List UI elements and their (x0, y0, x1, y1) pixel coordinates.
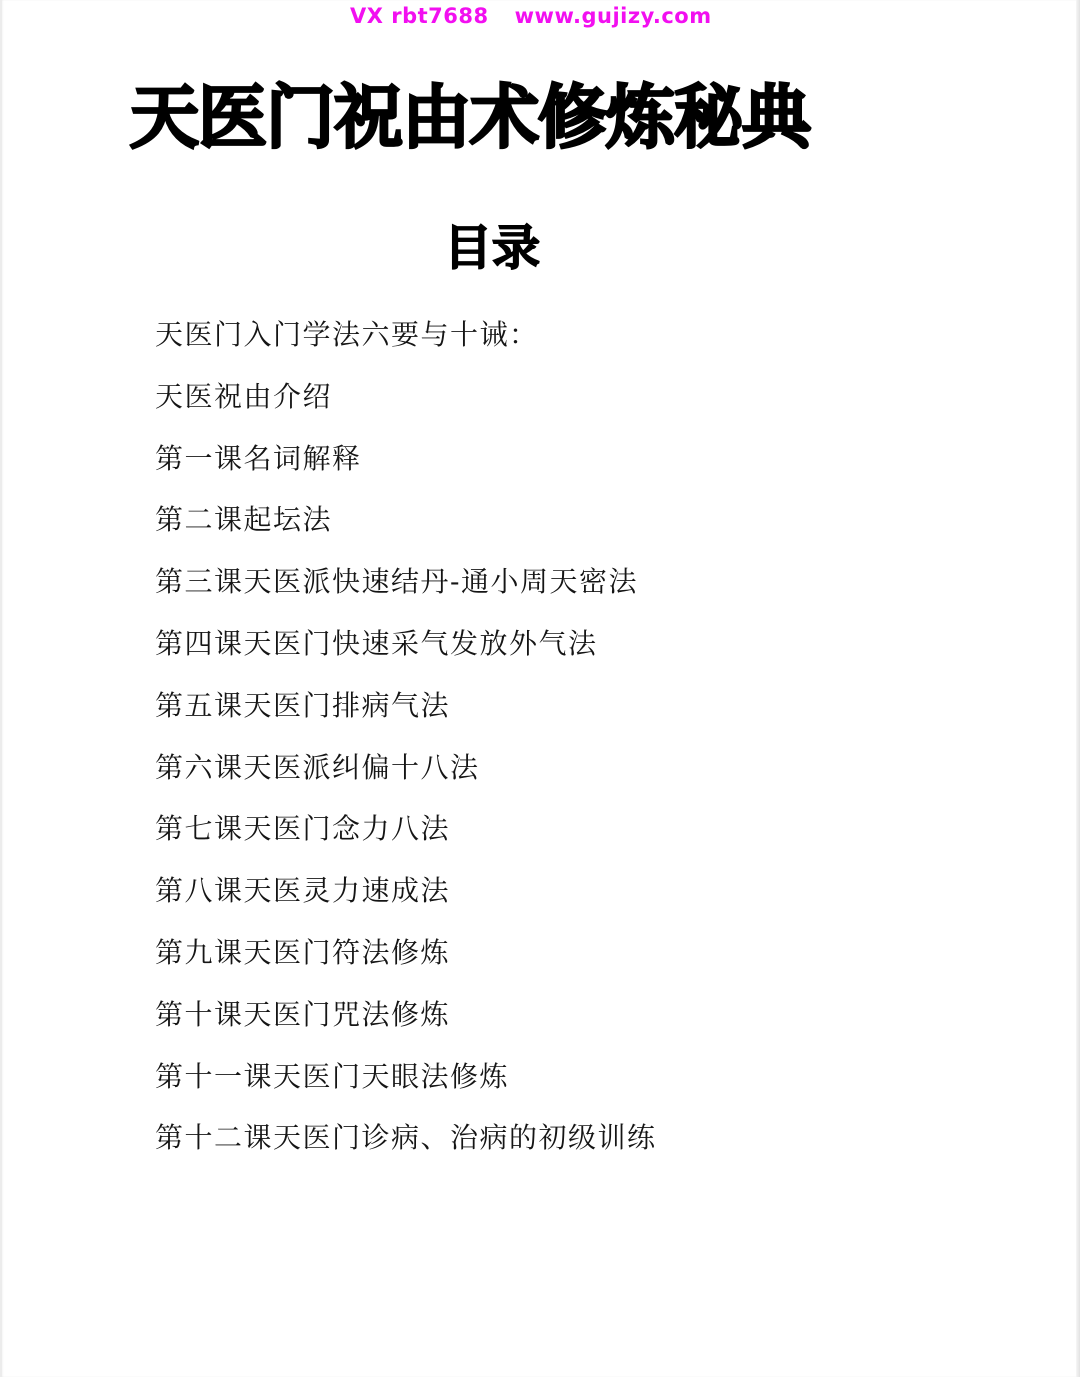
watermark-website: www.gujizy.com (515, 4, 712, 28)
toc-item[interactable]: 第八课天医灵力速成法 (155, 869, 657, 931)
watermark-contact: VX rbt7688 (350, 4, 489, 28)
toc-item[interactable]: 第三课天医派快速结丹-通小周天密法 (155, 560, 657, 622)
toc-item[interactable]: 第十一课天医门天眼法修炼 (155, 1055, 657, 1117)
toc-item[interactable]: 第十二课天医门诊病、治病的初级训练 (155, 1116, 657, 1178)
toc-item[interactable]: 第七课天医门念力八法 (155, 807, 657, 869)
toc-item[interactable]: 第二课起坛法 (155, 498, 657, 560)
document-title: 天医门祝由术修炼秘典 (130, 78, 810, 158)
toc-item[interactable]: 第十课天医门咒法修炼 (155, 993, 657, 1055)
toc-heading: 目录 (444, 218, 540, 278)
document-page: VX rbt7688 www.gujizy.com 天医门祝由术修炼秘典 目录 … (0, 0, 1080, 1377)
toc-item[interactable]: 天医门入门学法六要与十诫： (155, 313, 657, 375)
toc-item[interactable]: 第一课名词解释 (155, 437, 657, 499)
toc-item[interactable]: 第九课天医门符法修炼 (155, 931, 657, 993)
page-left-edge (0, 0, 2, 1377)
toc-item[interactable]: 第五课天医门排病气法 (155, 684, 657, 746)
toc-item[interactable]: 天医祝由介绍 (155, 375, 657, 437)
page-right-edge (1076, 0, 1080, 1377)
toc-item[interactable]: 第六课天医派纠偏十八法 (155, 746, 657, 808)
toc-item[interactable]: 第四课天医门快速采气发放外气法 (155, 622, 657, 684)
watermark-banner: VX rbt7688 www.gujizy.com (350, 2, 750, 30)
table-of-contents: 天医门入门学法六要与十诫： 天医祝由介绍 第一课名词解释 第二课起坛法 第三课天… (155, 313, 657, 1178)
